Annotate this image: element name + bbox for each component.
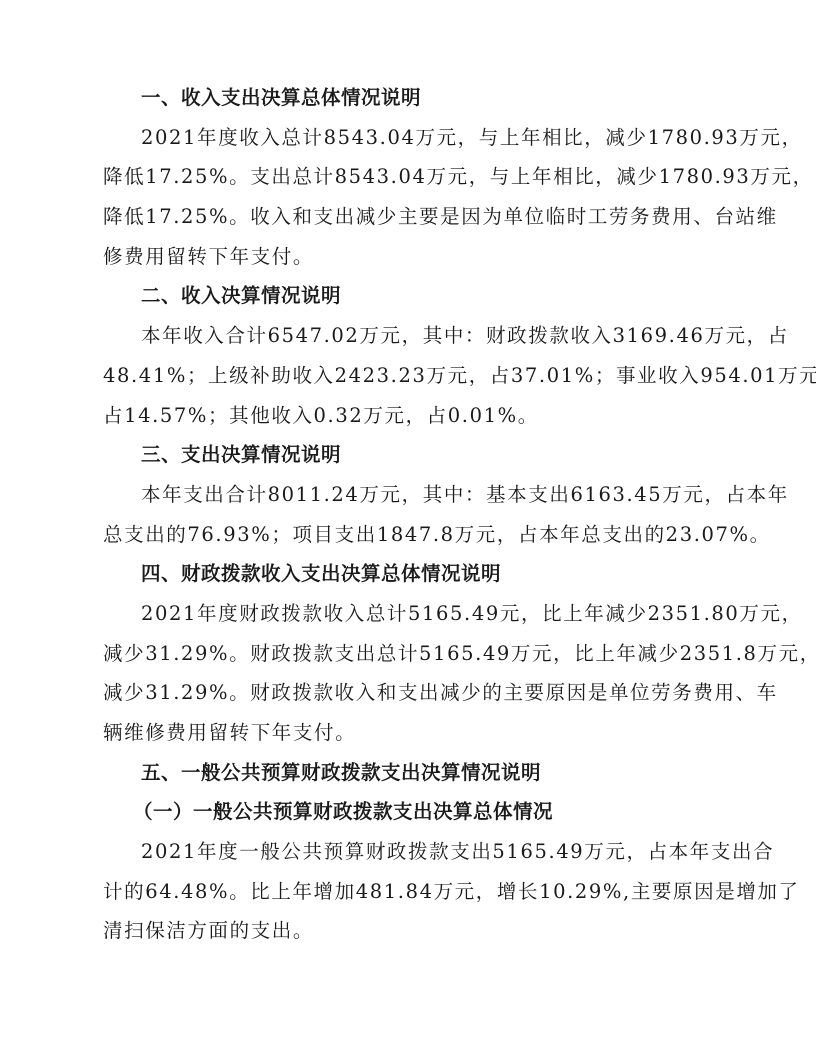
paragraph-line: 本年支出合计8011.24万元，其中：基本支出6163.45万元，占本年 xyxy=(103,475,723,515)
paragraph-line: 本年收入合计6547.02万元，其中：财政拨款收入3169.46万元，占 xyxy=(103,316,723,356)
paragraph-line: 2021年度财政拨款收入总计5165.49元，比上年减少2351.80万元， xyxy=(103,594,723,634)
section-heading: 五、一般公共预算财政拨款支出决算情况说明 xyxy=(103,753,723,793)
paragraph-line: 2021年度收入总计8543.04万元，与上年相比，减少1780.93万元， xyxy=(103,118,723,158)
paragraph-line: 降低17.25%。支出总计8543.04万元，与上年相比，减少1780.93万元… xyxy=(103,157,723,197)
paragraph-line: 总支出的76.93%；项目支出1847.8万元，占本年总支出的23.07%。 xyxy=(103,515,723,555)
section-heading: 四、财政拨款收入支出决算总体情况说明 xyxy=(103,554,723,594)
paragraph-line: 占14.57%；其他收入0.32万元，占0.01%。 xyxy=(103,396,723,436)
paragraph-line: 降低17.25%。收入和支出减少主要是因为单位临时工劳务费用、台站维 xyxy=(103,197,723,237)
paragraph-line: 2021年度一般公共预算财政拨款支出5165.49万元，占本年支出合 xyxy=(103,832,723,872)
paragraph-line: 计的64.48%。比上年增加481.84万元，增长10.29%,主要原因是增加了 xyxy=(103,872,723,912)
section-heading: 二、收入决算情况说明 xyxy=(103,276,723,316)
document-page: 一、收入支出决算总体情况说明 2021年度收入总计8543.04万元，与上年相比… xyxy=(103,78,723,951)
paragraph-line: 减少31.29%。财政拨款支出总计5165.49万元，比上年减少2351.8万元… xyxy=(103,634,723,674)
subsection-heading: （一）一般公共预算财政拨款支出决算总体情况 xyxy=(103,792,723,832)
section-heading: 一、收入支出决算总体情况说明 xyxy=(103,78,723,118)
paragraph-line: 辆维修费用留转下年支付。 xyxy=(103,713,723,753)
paragraph-line: 修费用留转下年支付。 xyxy=(103,237,723,277)
section-heading: 三、支出决算情况说明 xyxy=(103,435,723,475)
paragraph-line: 48.41%；上级补助收入2423.23万元，占37.01%；事业收入954.0… xyxy=(103,356,723,396)
paragraph-line: 清扫保洁方面的支出。 xyxy=(103,911,723,951)
paragraph-line: 减少31.29%。财政拨款收入和支出减少的主要原因是单位劳务费用、车 xyxy=(103,673,723,713)
